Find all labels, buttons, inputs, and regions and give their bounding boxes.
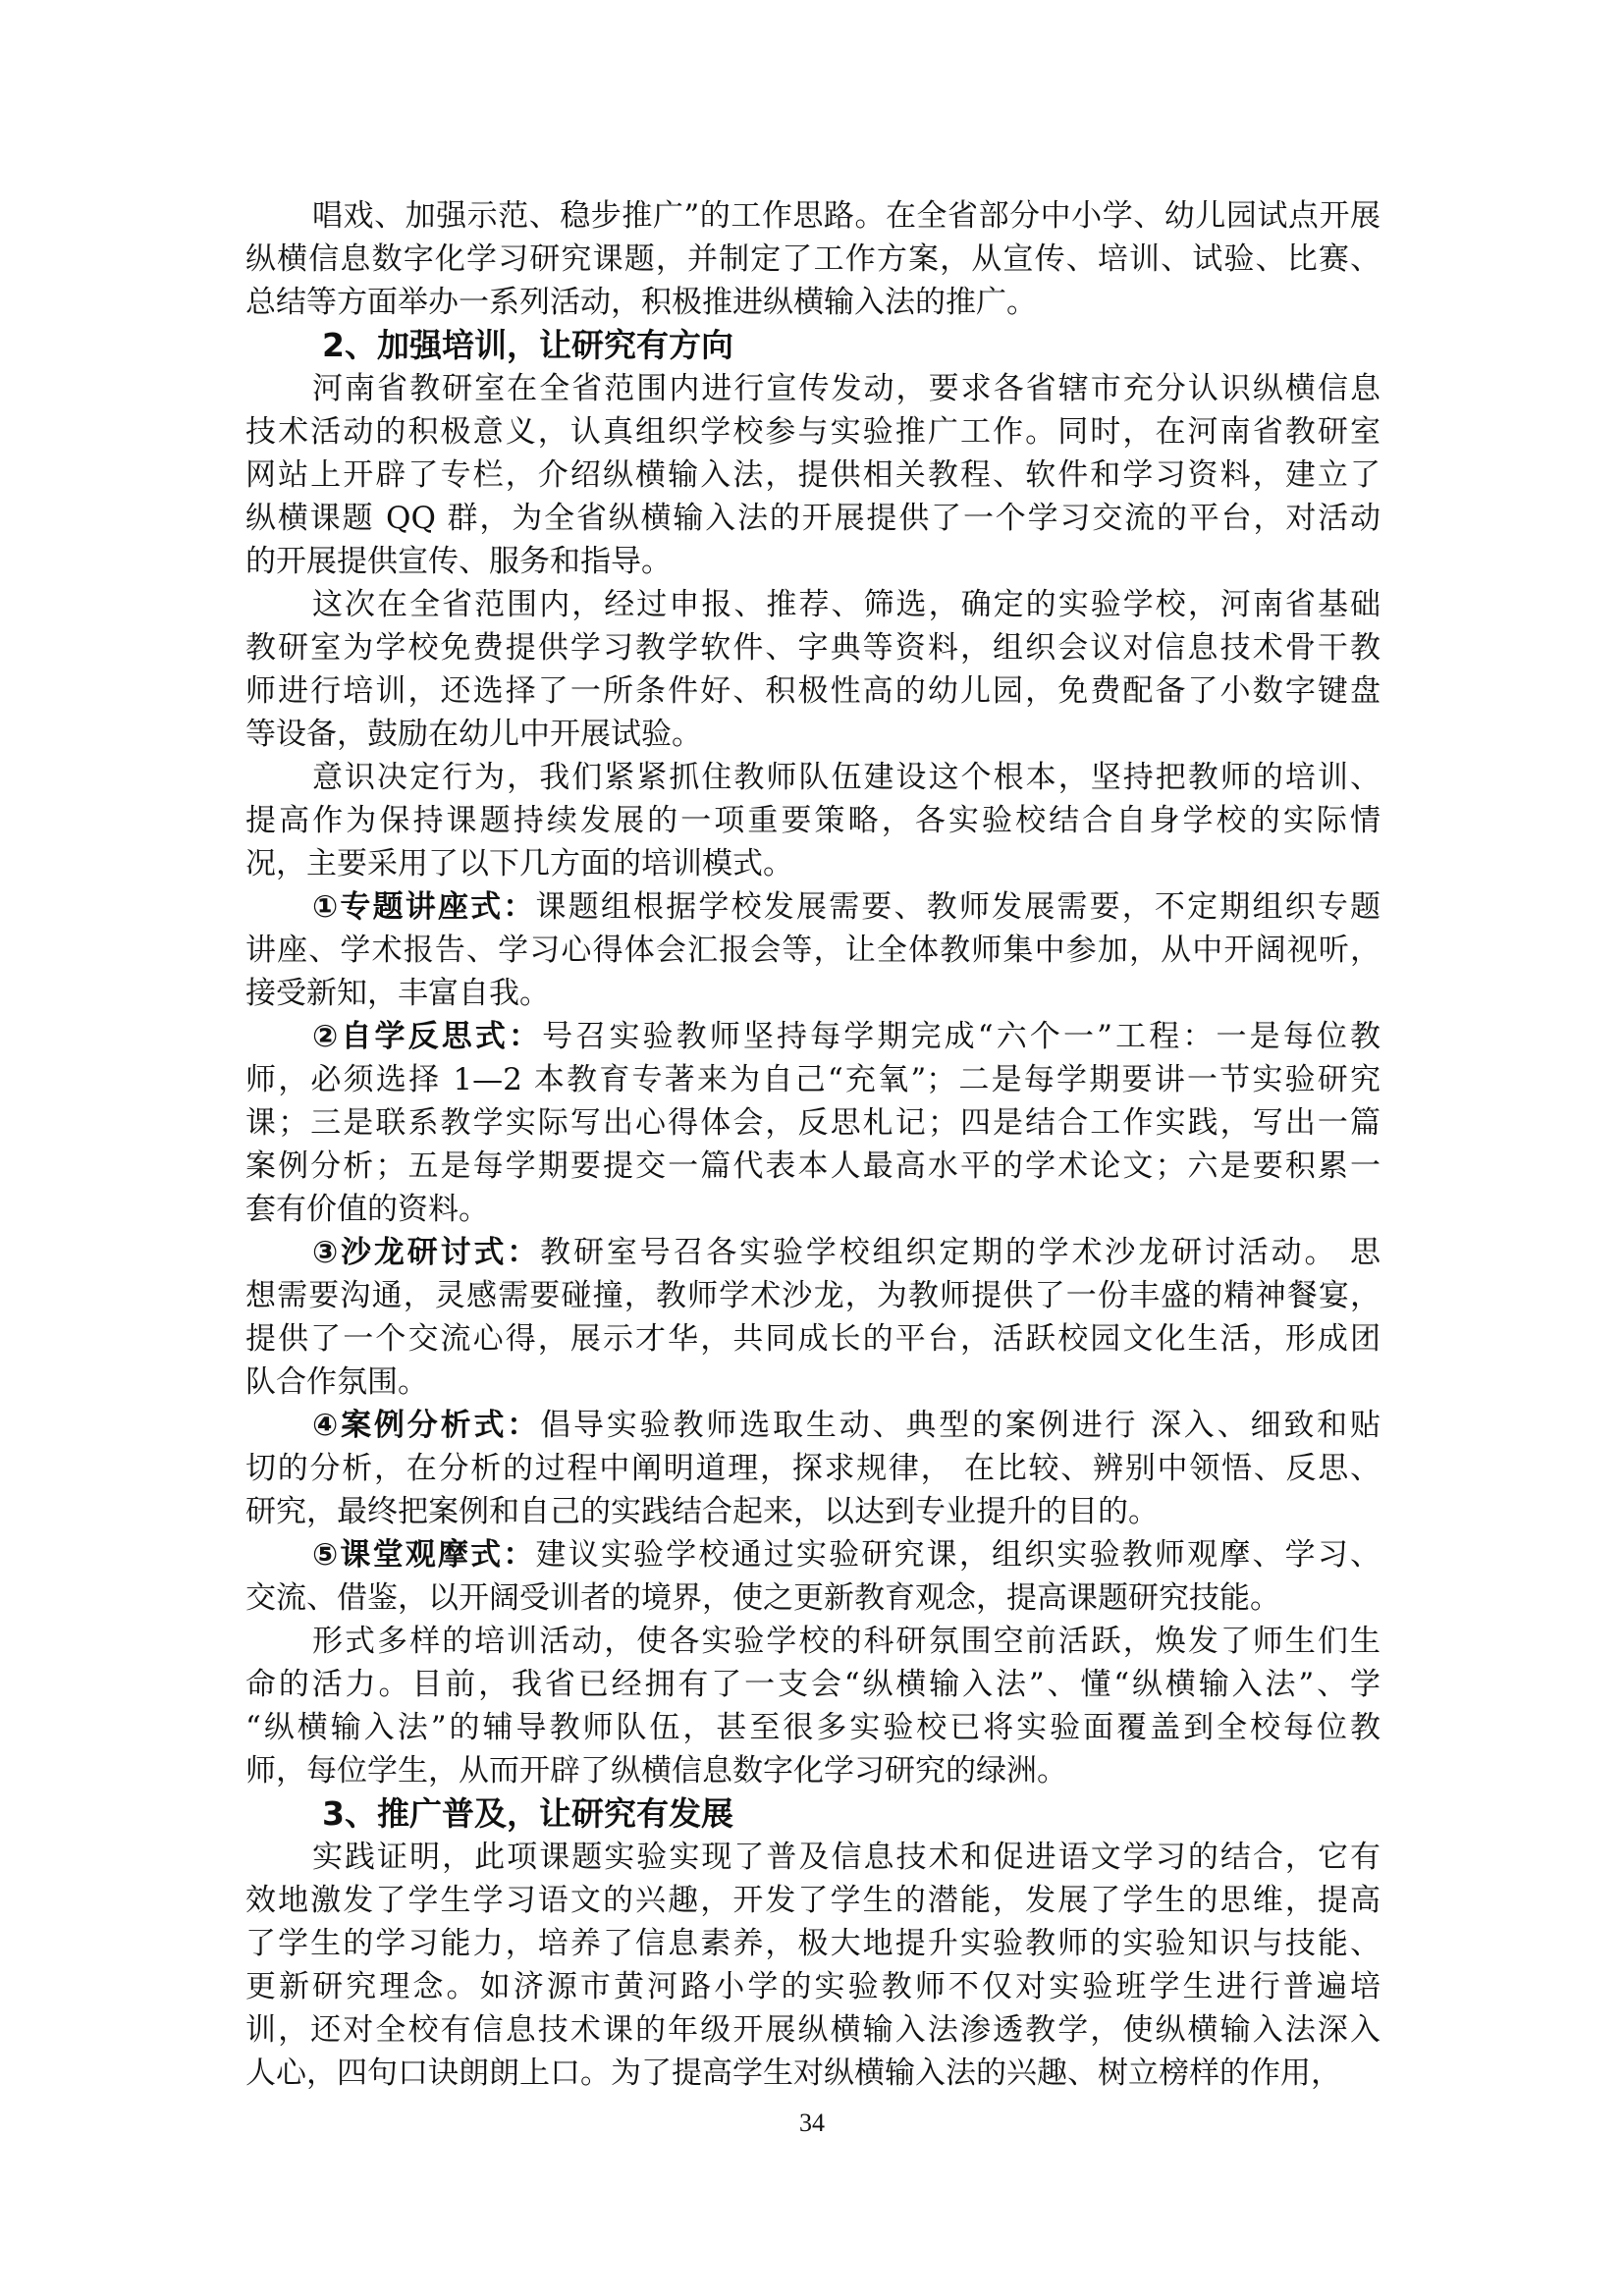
text-line: 了学生的学习能力，培养了信息素养，极大地提升实验教师的实验知识与技能、 (245, 1922, 1380, 1965)
line-text: 河南省教研室在全省范围内进行宣传发动，要求各省辖市充分认识纵横信息 (312, 371, 1380, 406)
line-text: “纵横输入法”的辅导教师队伍，甚至很多实验校已将实验面覆盖到全校每位教 (245, 1710, 1380, 1745)
line-text: 况，主要采用了以下几方面的培训模式。 (245, 846, 793, 881)
text-line: 想需要沟通，灵感需要碰撞，教师学术沙龙，为教师提供了一份丰盛的精神餐宴， (245, 1274, 1380, 1317)
item-lead-label: ③沙龙研讨式： (312, 1235, 540, 1270)
paragraph: ③沙龙研讨式：教研室号召各实验学校组织定期的学术沙龙研讨活动。 思想需要沟通，灵… (245, 1231, 1380, 1404)
text-line: 总结等方面举办一系列活动，积极推进纵横输入法的推广。 (245, 281, 1380, 324)
text-line: 课；三是联系教学实际写出心得体会，反思札记；四是结合工作实践，写出一篇 (245, 1101, 1380, 1145)
line-text: 教研室号召各实验学校组织定期的学术沙龙研讨活动。 思 (540, 1235, 1380, 1270)
line-text: 效地激发了学生学习语文的兴趣，开发了学生的潜能，发展了学生的思维，提高 (245, 1883, 1380, 1918)
page-body: 唱戏、加强示范、稳步推广”的工作思路。在全省部分中小学、幼儿园试点开展纵横信息数… (245, 194, 1380, 2095)
line-text: 训，还对全校有信息技术课的年级开展纵横输入法渗透教学，使纵横输入法深入 (245, 2012, 1380, 2048)
text-line: 队合作氛围。 (245, 1361, 1380, 1404)
text-line: 网站上开辟了专栏，介绍纵横输入法，提供相关教程、软件和学习资料，建立了 (245, 454, 1380, 497)
paragraph: 唱戏、加强示范、稳步推广”的工作思路。在全省部分中小学、幼儿园试点开展纵横信息数… (245, 194, 1380, 324)
text-line: 况，主要采用了以下几方面的培训模式。 (245, 842, 1380, 885)
line-text: 课题组根据学校发展需要、教师发展需要，不定期组织专题 (536, 889, 1381, 925)
line-text: 队合作氛围。 (245, 1364, 428, 1400)
line-text: 师，必须选择 1—2 本教育专著来为自己“充氧”；二是每学期要讲一节实验研究 (245, 1062, 1380, 1097)
item-lead-label: ④案例分析式： (312, 1408, 540, 1443)
text-line: 河南省教研室在全省范围内进行宣传发动，要求各省辖市充分认识纵横信息 (245, 367, 1380, 410)
item-lead-label: ①专题讲座式： (312, 889, 536, 925)
text-line: ⑤课堂观摩式：建议实验学校通过实验研究课，组织实验教师观摩、学习、 (245, 1533, 1380, 1576)
text-line: 等设备，鼓励在幼儿中开展试验。 (245, 713, 1380, 756)
line-text: 实践证明，此项课题实验实现了普及信息技术和促进语文学习的结合，它有 (312, 1840, 1380, 1875)
line-text: 的开展提供宣传、服务和指导。 (245, 544, 672, 579)
text-line: “纵横输入法”的辅导教师队伍，甚至很多实验校已将实验面覆盖到全校每位教 (245, 1706, 1380, 1749)
paragraph: ②自学反思式：号召实验教师坚持每学期完成“六个一”工程：一是每位教师，必须选择 … (245, 1015, 1380, 1231)
paragraph: 形式多样的培训活动，使各实验学校的科研氛围空前活跃，焕发了师生们生命的活力。目前… (245, 1620, 1380, 1792)
line-text: 技术活动的积极意义，认真组织学校参与实验推广工作。同时，在河南省教研室 (245, 414, 1380, 450)
line-text: 交流、借鉴，以开阔受训者的境界，使之更新教育观念，提高课题研究技能。 (245, 1580, 1280, 1616)
line-text: 讲座、学术报告、学习心得体会汇报会等，让全体教师集中参加，从中开阔视听， (245, 933, 1380, 968)
line-text: 命的活力。目前，我省已经拥有了一支会“纵横输入法”、懂“纵横输入法”、学 (245, 1667, 1380, 1702)
line-text: 教研室为学校免费提供学习教学软件、字典等资料，组织会议对信息技术骨干教 (245, 630, 1380, 666)
line-text: 提高作为保持课题持续发展的一项重要策略，各实验校结合自身学校的实际情 (245, 803, 1380, 838)
text-line: 切的分析，在分析的过程中阐明道理，探求规律， 在比较、辨别中领悟、反思、 (245, 1447, 1380, 1490)
text-line: 的开展提供宣传、服务和指导。 (245, 540, 1380, 583)
line-text: 总结等方面举办一系列活动，积极推进纵横输入法的推广。 (245, 285, 1037, 320)
line-text: 建议实验学校通过实验研究课，组织实验教师观摩、学习、 (536, 1537, 1381, 1573)
line-text: 提供了一个交流心得，展示才华，共同成长的平台，活跃校园文化生活，形成团 (245, 1321, 1380, 1357)
section-heading: 2、加强培训，让研究有方向 (245, 324, 1380, 367)
line-text: 更新研究理念。如济源市黄河路小学的实验教师不仅对实验班学生进行普遍培 (245, 1969, 1380, 2004)
line-text: 纵横课题 QQ 群，为全省纵横输入法的开展提供了一个学习交流的平台，对活动 (245, 501, 1380, 536)
paragraph: 实践证明，此项课题实验实现了普及信息技术和促进语文学习的结合，它有效地激发了学生… (245, 1836, 1380, 2095)
text-line: ③沙龙研讨式：教研室号召各实验学校组织定期的学术沙龙研讨活动。 思 (245, 1231, 1380, 1274)
document-page: 唱戏、加强示范、稳步推广”的工作思路。在全省部分中小学、幼儿园试点开展纵横信息数… (0, 0, 1624, 2296)
text-line: 人心，四句口诀朗朗上口。为了提高学生对纵横输入法的兴趣、树立榜样的作用， (245, 2052, 1380, 2095)
text-line: 唱戏、加强示范、稳步推广”的工作思路。在全省部分中小学、幼儿园试点开展 (245, 194, 1380, 238)
text-line: ④案例分析式：倡导实验教师选取生动、典型的案例进行 深入、细致和贴 (245, 1404, 1380, 1447)
text-line: 形式多样的培训活动，使各实验学校的科研氛围空前活跃，焕发了师生们生 (245, 1620, 1380, 1663)
text-line: 提供了一个交流心得，展示才华，共同成长的平台，活跃校园文化生活，形成团 (245, 1317, 1380, 1361)
line-text: 套有价值的资料。 (245, 1192, 489, 1227)
text-line: 师，每位学生，从而开辟了纵横信息数字化学习研究的绿洲。 (245, 1749, 1380, 1792)
line-text: 这次在全省范围内，经过申报、推荐、筛选，确定的实验学校，河南省基础 (312, 587, 1380, 622)
line-text: 号召实验教师坚持每学期完成“六个一”工程：一是每位教 (542, 1019, 1380, 1054)
text-line: ①专题讲座式：课题组根据学校发展需要、教师发展需要，不定期组织专题 (245, 885, 1380, 929)
text-line: 交流、借鉴，以开阔受训者的境界，使之更新教育观念，提高课题研究技能。 (245, 1576, 1380, 1620)
text-line: 这次在全省范围内，经过申报、推荐、筛选，确定的实验学校，河南省基础 (245, 583, 1380, 626)
line-text: 接受新知，丰富自我。 (245, 976, 550, 1011)
text-line: 技术活动的积极意义，认真组织学校参与实验推广工作。同时，在河南省教研室 (245, 410, 1380, 454)
line-text: 网站上开辟了专栏，介绍纵横输入法，提供相关教程、软件和学习资料，建立了 (245, 457, 1380, 493)
line-text: 意识决定行为，我们紧紧抓住教师队伍建设这个根本，坚持把教师的培训、 (312, 760, 1380, 795)
item-lead-label: ⑤课堂观摩式： (312, 1537, 536, 1573)
text-line: 意识决定行为，我们紧紧抓住教师队伍建设这个根本，坚持把教师的培训、 (245, 756, 1380, 799)
text-line: 效地激发了学生学习语文的兴趣，开发了学生的潜能，发展了学生的思维，提高 (245, 1879, 1380, 1922)
line-text: 课；三是联系教学实际写出心得体会，反思札记；四是结合工作实践，写出一篇 (245, 1105, 1380, 1141)
text-line: 更新研究理念。如济源市黄河路小学的实验教师不仅对实验班学生进行普遍培 (245, 1965, 1380, 2008)
paragraph: 意识决定行为，我们紧紧抓住教师队伍建设这个根本，坚持把教师的培训、提高作为保持课… (245, 756, 1380, 885)
line-text: 等设备，鼓励在幼儿中开展试验。 (245, 717, 702, 752)
text-line: 教研室为学校免费提供学习教学软件、字典等资料，组织会议对信息技术骨干教 (245, 626, 1380, 669)
page-number: 34 (0, 2109, 1624, 2138)
line-text: 唱戏、加强示范、稳步推广”的工作思路。在全省部分中小学、幼儿园试点开展 (312, 198, 1380, 234)
text-line: 案例分析；五是每学期要提交一篇代表本人最高水平的学术论文；六是要积累一 (245, 1145, 1380, 1188)
text-line: 实践证明，此项课题实验实现了普及信息技术和促进语文学习的结合，它有 (245, 1836, 1380, 1879)
line-text: 想需要沟通，灵感需要碰撞，教师学术沙龙，为教师提供了一份丰盛的精神餐宴， (245, 1278, 1380, 1313)
line-text: 倡导实验教师选取生动、典型的案例进行 深入、细致和贴 (540, 1408, 1380, 1443)
text-line: 师，必须选择 1—2 本教育专著来为自己“充氧”；二是每学期要讲一节实验研究 (245, 1058, 1380, 1101)
text-line: 师进行培训，还选择了一所条件好、积极性高的幼儿园，免费配备了小数字键盘 (245, 669, 1380, 713)
line-text: 人心，四句口诀朗朗上口。为了提高学生对纵横输入法的兴趣、树立榜样的作用， (245, 2056, 1341, 2091)
text-line: 提高作为保持课题持续发展的一项重要策略，各实验校结合自身学校的实际情 (245, 799, 1380, 842)
paragraph: ①专题讲座式：课题组根据学校发展需要、教师发展需要，不定期组织专题讲座、学术报告… (245, 885, 1380, 1015)
line-text: 纵横信息数字化学习研究课题，并制定了工作方案，从宣传、培训、试验、比赛、 (245, 241, 1380, 277)
paragraph: 河南省教研室在全省范围内进行宣传发动，要求各省辖市充分认识纵横信息技术活动的积极… (245, 367, 1380, 583)
line-text: 师，每位学生，从而开辟了纵横信息数字化学习研究的绿洲。 (245, 1753, 1067, 1789)
section-heading: 3、推广普及，让研究有发展 (245, 1792, 1380, 1836)
text-line: ②自学反思式：号召实验教师坚持每学期完成“六个一”工程：一是每位教 (245, 1015, 1380, 1058)
text-line: 纵横课题 QQ 群，为全省纵横输入法的开展提供了一个学习交流的平台，对活动 (245, 497, 1380, 540)
line-text: 师进行培训，还选择了一所条件好、积极性高的幼儿园，免费配备了小数字键盘 (245, 673, 1380, 709)
text-line: 纵横信息数字化学习研究课题，并制定了工作方案，从宣传、培训、试验、比赛、 (245, 238, 1380, 281)
text-line: 训，还对全校有信息技术课的年级开展纵横输入法渗透教学，使纵横输入法深入 (245, 2008, 1380, 2052)
paragraph: 这次在全省范围内，经过申报、推荐、筛选，确定的实验学校，河南省基础教研室为学校免… (245, 583, 1380, 756)
text-line: 讲座、学术报告、学习心得体会汇报会等，让全体教师集中参加，从中开阔视听， (245, 929, 1380, 972)
paragraph: ⑤课堂观摩式：建议实验学校通过实验研究课，组织实验教师观摩、学习、交流、借鉴，以… (245, 1533, 1380, 1620)
item-lead-label: ②自学反思式： (312, 1019, 542, 1054)
text-line: 命的活力。目前，我省已经拥有了一支会“纵横输入法”、懂“纵横输入法”、学 (245, 1663, 1380, 1706)
line-text: 形式多样的培训活动，使各实验学校的科研氛围空前活跃，焕发了师生们生 (312, 1624, 1380, 1659)
text-line: 接受新知，丰富自我。 (245, 972, 1380, 1015)
line-text: 研究，最终把案例和自己的实践结合起来，以达到专业提升的目的。 (245, 1494, 1159, 1529)
line-text: 案例分析；五是每学期要提交一篇代表本人最高水平的学术论文；六是要积累一 (245, 1148, 1380, 1184)
paragraph: ④案例分析式：倡导实验教师选取生动、典型的案例进行 深入、细致和贴切的分析，在分… (245, 1404, 1380, 1533)
text-line: 研究，最终把案例和自己的实践结合起来，以达到专业提升的目的。 (245, 1490, 1380, 1533)
line-text: 了学生的学习能力，培养了信息素养，极大地提升实验教师的实验知识与技能、 (245, 1926, 1380, 1961)
text-line: 套有价值的资料。 (245, 1188, 1380, 1231)
line-text: 切的分析，在分析的过程中阐明道理，探求规律， 在比较、辨别中领悟、反思、 (245, 1451, 1380, 1486)
